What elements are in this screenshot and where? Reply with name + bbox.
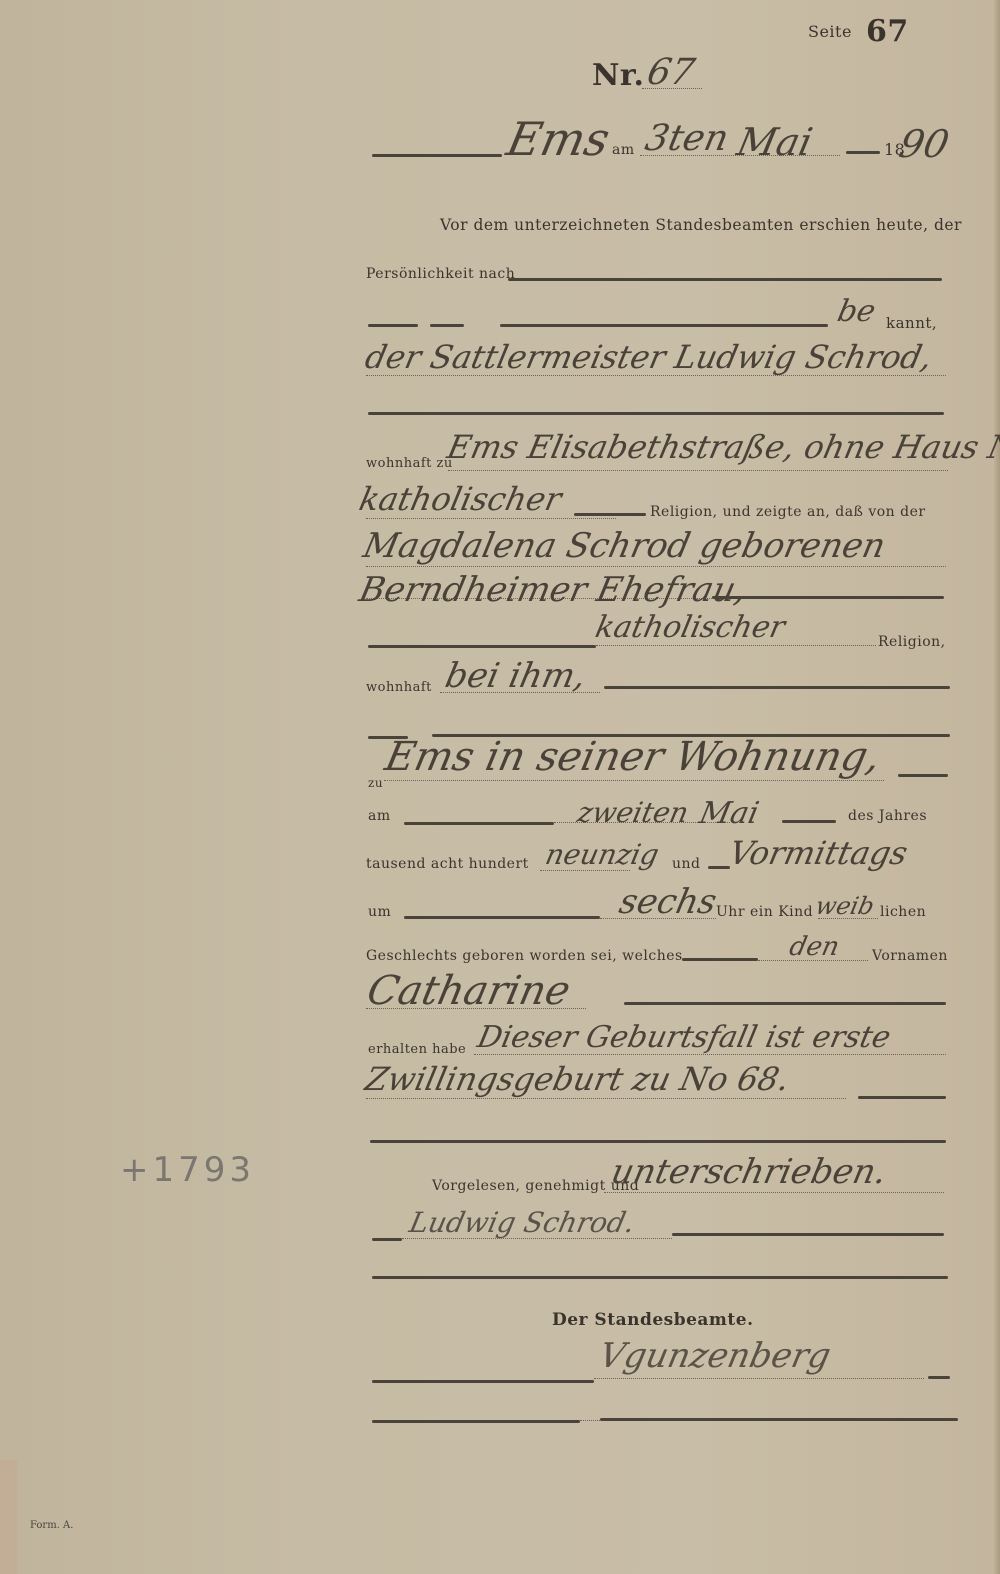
pencil-note: +1793 (120, 1150, 255, 1190)
sex-suffix: lichen (880, 904, 926, 920)
hour-value: sechs (616, 882, 720, 922)
record-label: Nr. (592, 58, 644, 93)
remark-line1: Dieser Geburtsfall ist erste (474, 1020, 894, 1055)
mother-line2: Berndheimer Ehefrau, (356, 570, 751, 610)
mother-religion-value: katholischer (592, 610, 788, 645)
religion-value: katholischer (356, 480, 565, 518)
thousand-label: tausend acht hundert (366, 856, 529, 872)
identity-label: Persönlichkeit nach (366, 266, 515, 282)
name-article: den (787, 932, 842, 962)
birth-day: zweiten (574, 796, 691, 829)
informant-name: der Sattlermeister Ludwig Schrod, (362, 338, 936, 376)
place-value: Ems (502, 112, 614, 166)
um-label: um (368, 904, 391, 920)
time-of-day: Vormittags (726, 834, 911, 872)
year-suffix: 90 (895, 122, 953, 166)
geschlecht-label: Geschlechts geboren worden sei, welches (366, 948, 683, 964)
mother-religion-label: Religion, (878, 634, 946, 650)
sex-value: weib (813, 892, 877, 920)
binding-strip (0, 1460, 17, 1574)
mother-resides-value: bei ihm, (442, 656, 590, 696)
erhalten-label: erhalten habe (368, 1042, 466, 1057)
identity-rule (508, 278, 942, 281)
known-label: kannt, (886, 314, 937, 332)
date-month: Mai (733, 120, 816, 164)
form-label: Form. A. (30, 1520, 73, 1531)
mother-line1: Magdalena Schrod geborenen (360, 526, 889, 566)
page-label: Seite (808, 22, 852, 41)
birthplace-value: Ems in seiner Wohnung, (381, 734, 885, 780)
page-edge (994, 0, 1000, 1574)
year-label: des Jahres (848, 808, 927, 824)
und-label: und (672, 856, 701, 872)
page-number: 67 (866, 14, 909, 49)
known-value: be (834, 294, 878, 329)
rule (372, 154, 502, 157)
resides-value: Ems Elisabethstraße, ohne Haus No, (444, 428, 1000, 466)
official-signature: Vgunzenberg (596, 1336, 834, 1376)
register-page: Seite 67 Nr. 67 Ems am 3ten Mai 18 90 Vo… (0, 0, 1000, 1574)
am-label: am (612, 142, 635, 158)
birth-month: Mai (696, 796, 762, 831)
resides-label: wohnhaft zu (366, 456, 453, 471)
remark-line2: Zwillingsgeburt zu No 68. (362, 1060, 793, 1098)
decade-value: neunzig (542, 838, 661, 871)
date-label: am (368, 808, 391, 824)
record-number: 67 (644, 52, 699, 93)
vornamen-label: Vornamen (872, 948, 948, 964)
uhr-label: Uhr ein Kind (716, 904, 813, 920)
intro-text: Vor dem unterzeichneten Standesbeamten e… (440, 216, 962, 234)
read-value: unterschrieben. (608, 1152, 891, 1192)
mother-resides-label: wohnhaft (366, 680, 432, 695)
date-day: 3ten (642, 118, 733, 159)
religion-label: Religion, und zeigte an, daß von der (650, 504, 926, 520)
official-title: Der Standesbeamte. (552, 1310, 754, 1330)
child-name: Catharine (363, 968, 574, 1014)
informant-signature: Ludwig Schrod. (406, 1206, 637, 1239)
